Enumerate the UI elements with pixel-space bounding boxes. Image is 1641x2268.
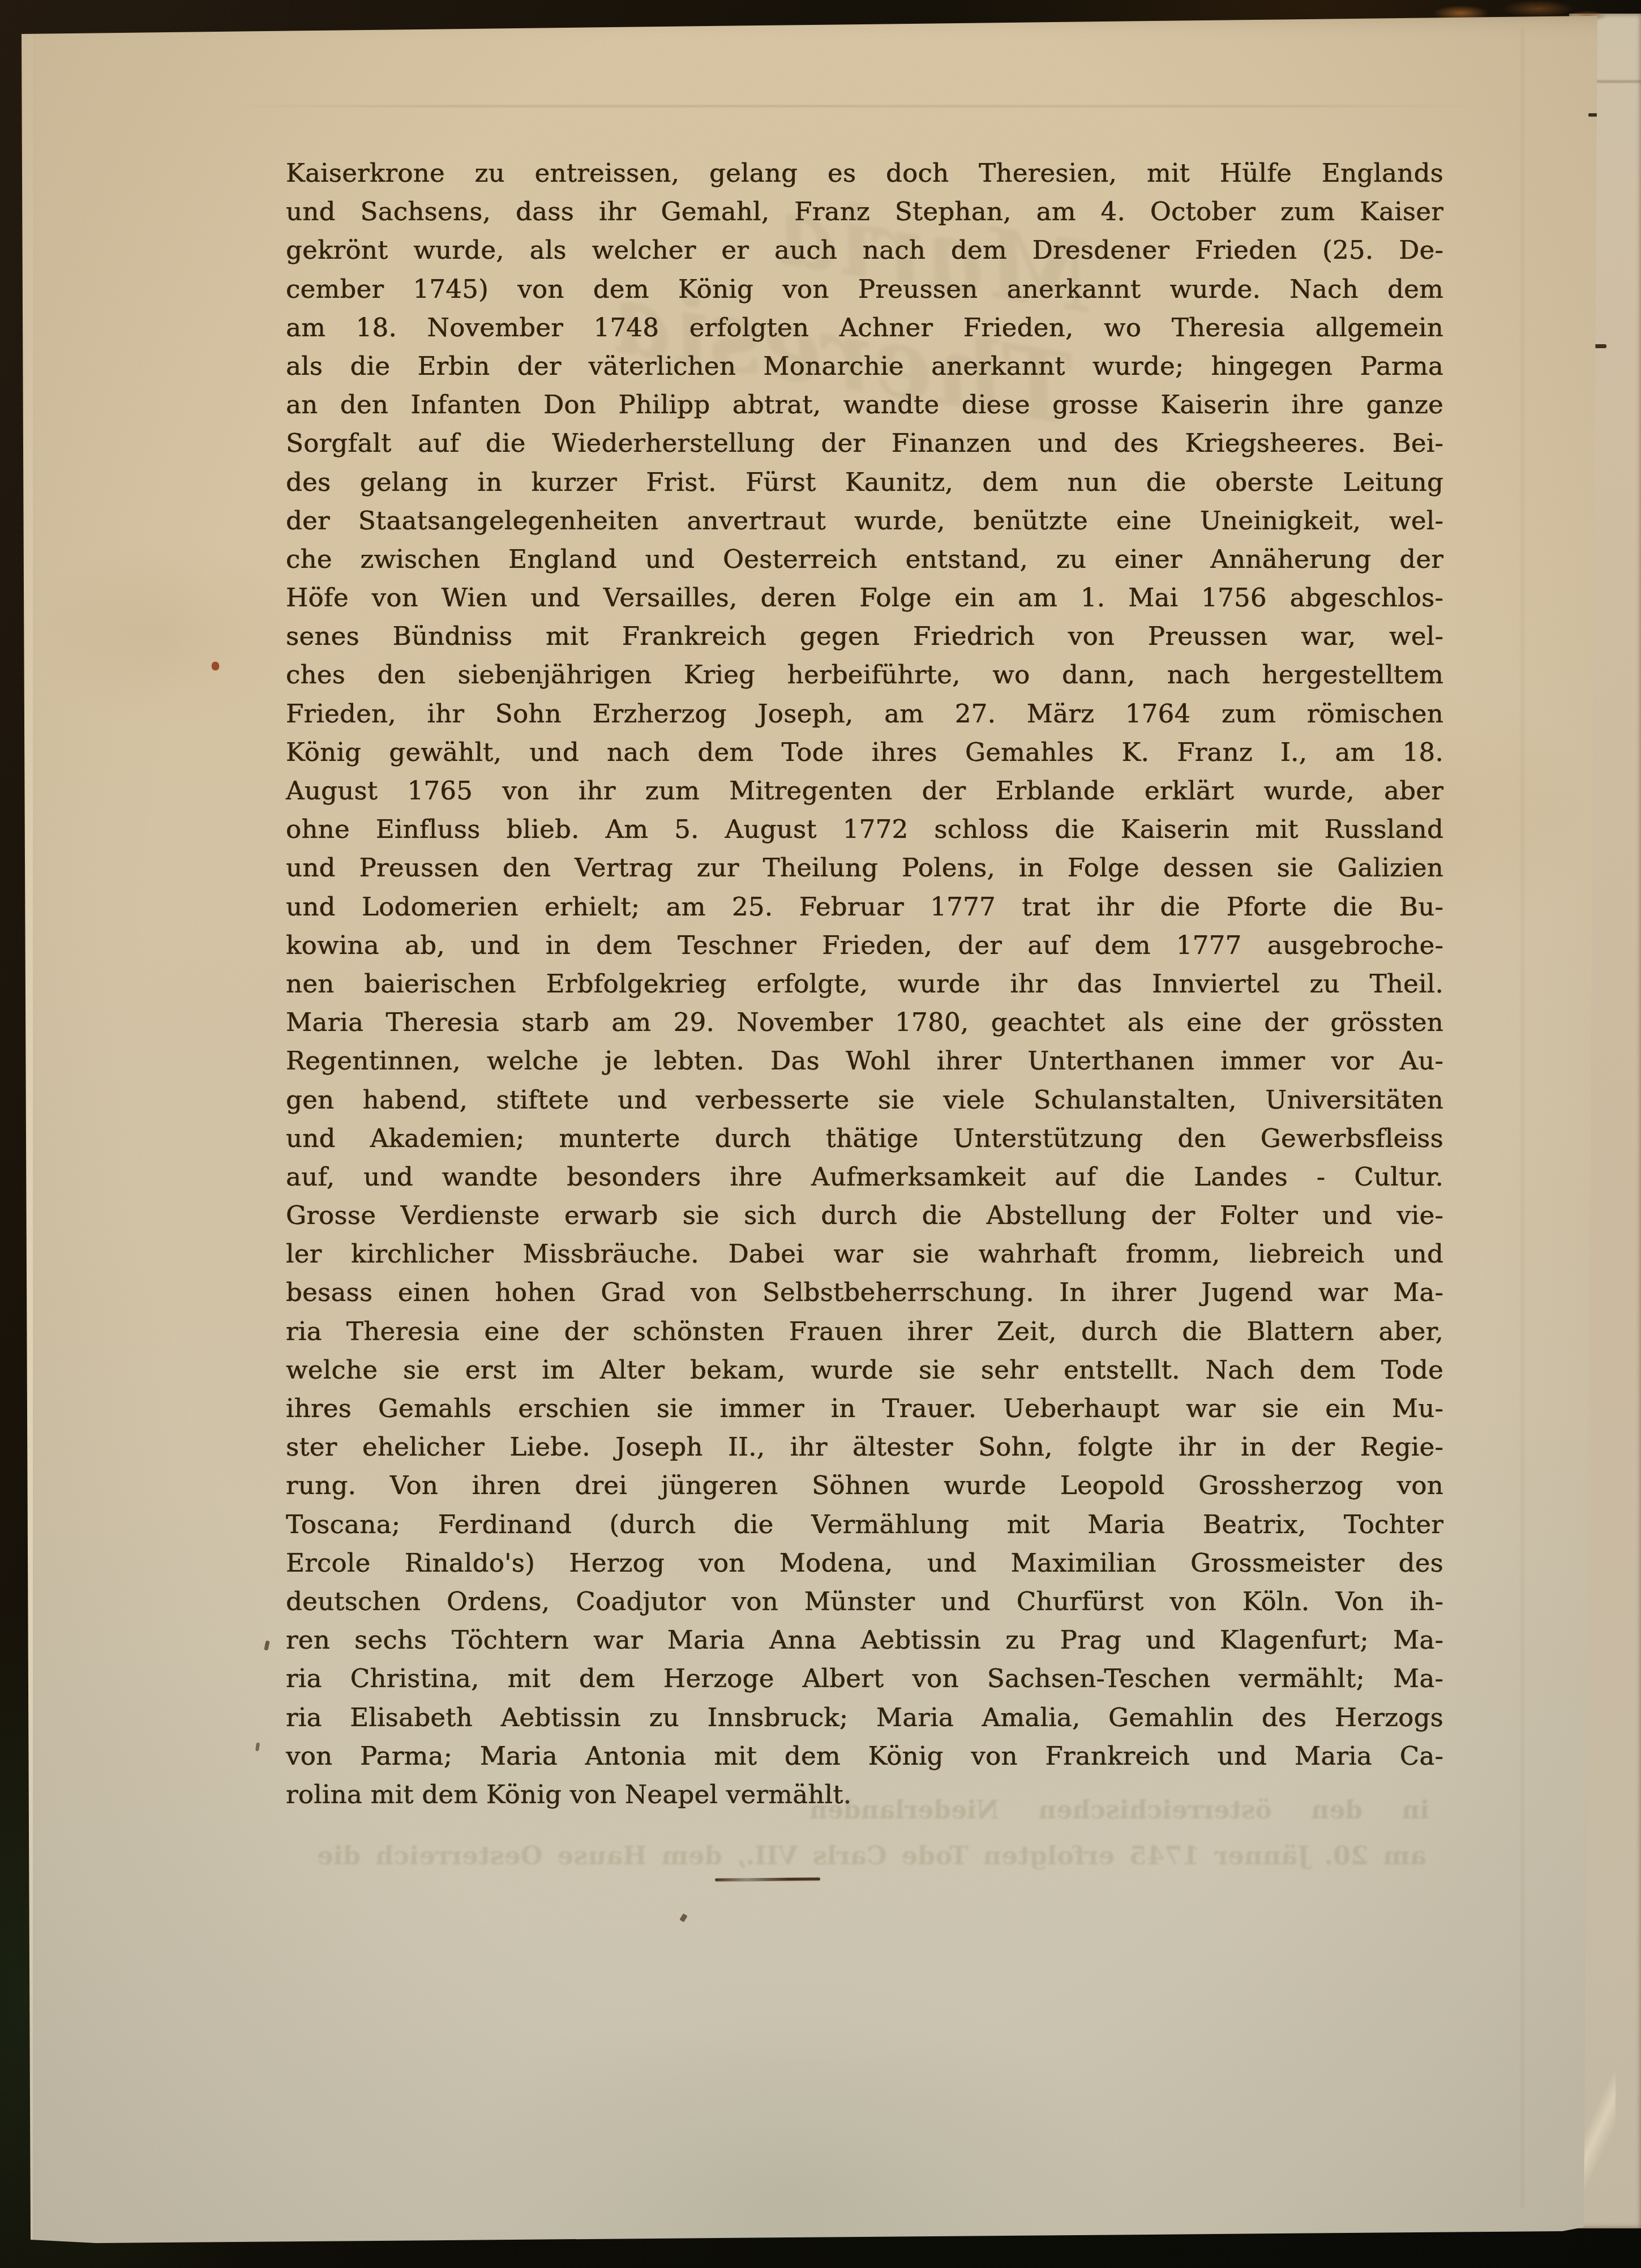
- vignette-shading: [0, 0, 1641, 2268]
- scan-photo: Maria Theresia Kaiserkrone zu entreissen…: [0, 0, 1641, 2268]
- book-page: Maria Theresia Kaiserkrone zu entreissen…: [0, 0, 1641, 2268]
